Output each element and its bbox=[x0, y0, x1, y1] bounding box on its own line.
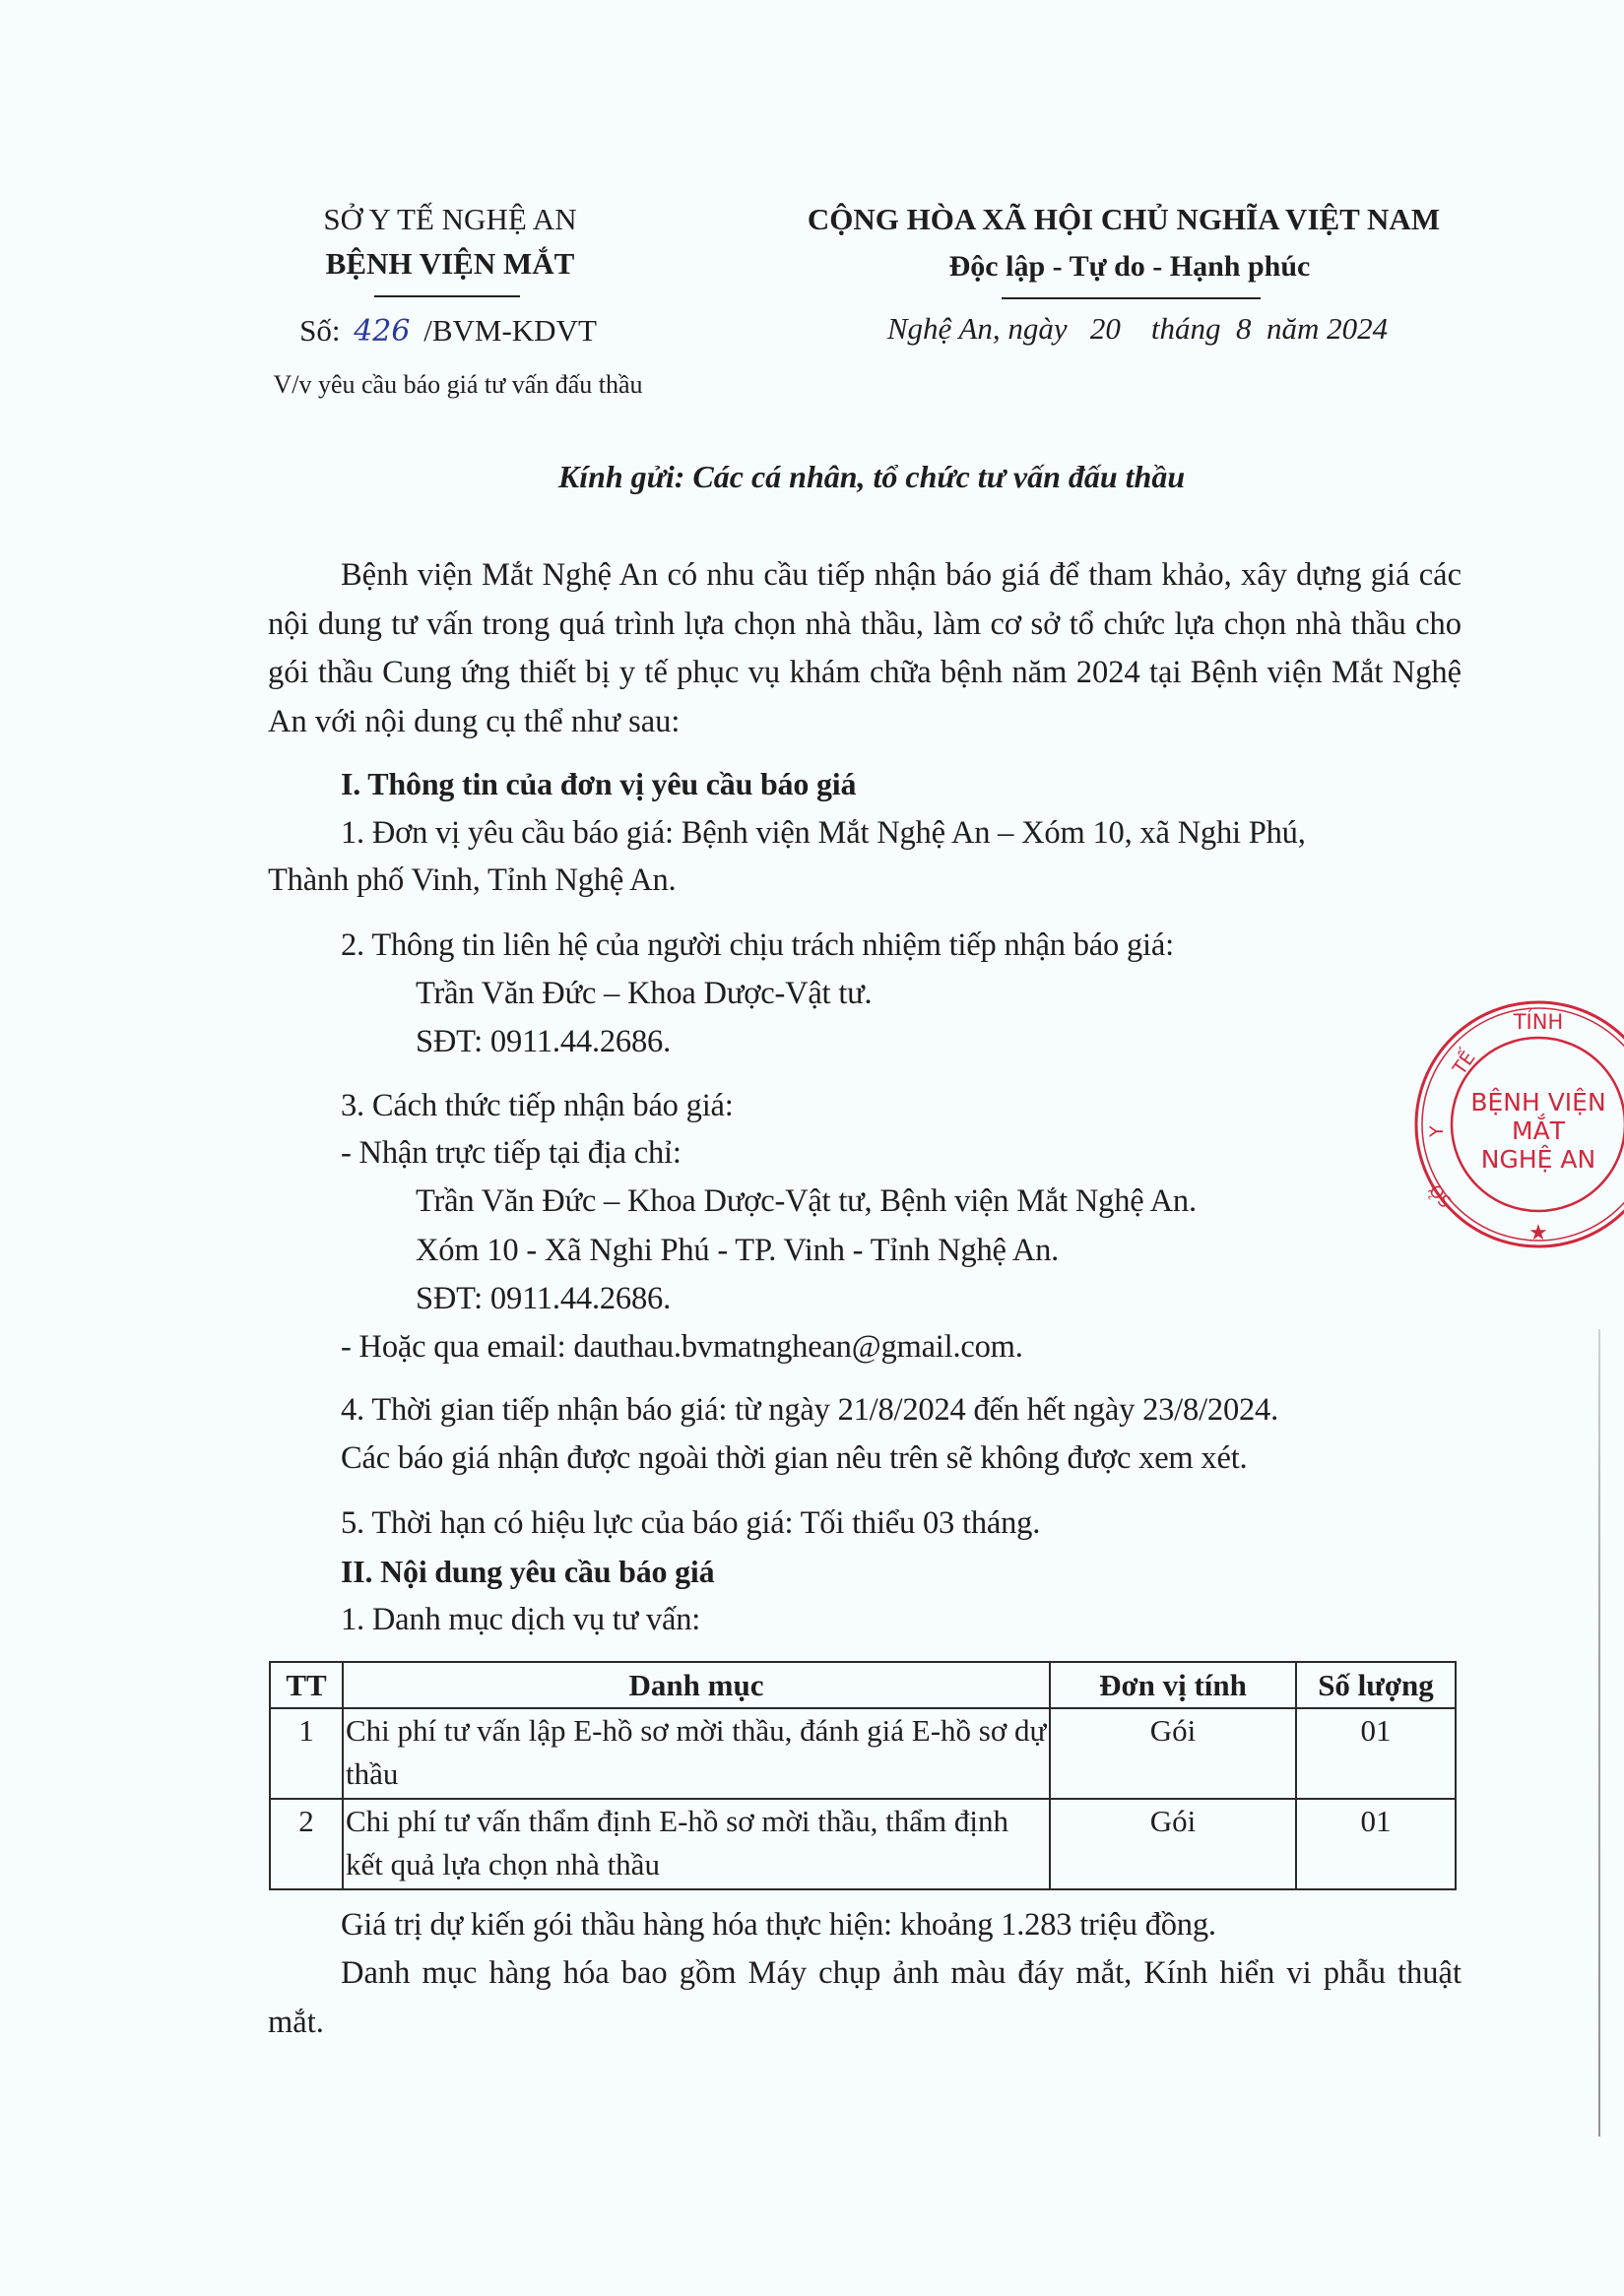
section-1-item-3-direct: - Nhận trực tiếp tại địa chỉ: bbox=[341, 1133, 682, 1173]
official-stamp: TỈNH TẾ Y SỞ BỆNH VIỆN MẮT NGHỆ AN ★ bbox=[1413, 999, 1624, 1255]
section-1-item-4-line-2: Các báo giá nhận được ngoài thời gian nê… bbox=[341, 1438, 1247, 1478]
stamp-line-3: NGHỆ AN bbox=[1481, 1145, 1595, 1174]
table-row: 2 Chi phí tư vấn thẩm định E-hồ sơ mời t… bbox=[270, 1799, 1456, 1889]
section-1-item-1-line-2: Thành phố Vinh, Tỉnh Nghệ An. bbox=[268, 861, 676, 900]
country-name: CỘNG HÒA XÃ HỘI CHỦ NGHĨA VIỆT NAM bbox=[808, 202, 1440, 237]
scan-artifact-line bbox=[1598, 1329, 1600, 2137]
goods-list-text: Danh mục hàng hóa bao gồm Máy chụp ảnh m… bbox=[268, 1955, 1462, 2040]
section-1-item-3-heading: 3. Cách thức tiếp nhận báo giá: bbox=[341, 1086, 734, 1125]
stamp-top-text: TỈNH bbox=[1513, 1008, 1564, 1034]
goods-list: Danh mục hàng hóa bao gồm Máy chụp ảnh m… bbox=[268, 1949, 1462, 2047]
document-subject: V/v yêu cầu báo giá tư vấn đấu thầu bbox=[273, 370, 642, 400]
header-so-luong: Số lượng bbox=[1296, 1662, 1456, 1708]
stamp-line-2: MẮT bbox=[1512, 1114, 1566, 1145]
doc-number-prefix: Số: bbox=[299, 313, 340, 348]
intro-text: Bệnh viện Mắt Nghệ An có nhu cầu tiếp nh… bbox=[268, 557, 1462, 739]
header-don-vi-tinh: Đơn vị tính bbox=[1050, 1662, 1296, 1708]
section-1-heading: I. Thông tin của đơn vị yêu cầu báo giá bbox=[341, 764, 856, 803]
row-qty: 01 bbox=[1296, 1708, 1456, 1799]
organization-name: BỆNH VIỆN MẮT bbox=[326, 246, 575, 282]
stamp-line-1: BỆNH VIỆN bbox=[1470, 1088, 1605, 1116]
star-icon: ★ bbox=[1528, 1221, 1548, 1245]
section-1-item-5: 5. Thời hạn có hiệu lực của báo giá: Tối… bbox=[341, 1503, 1040, 1543]
section-2-item-1: 1. Danh mục dịch vụ tư vấn: bbox=[341, 1600, 700, 1639]
motto-underline bbox=[1002, 297, 1261, 299]
section-2-heading: II. Nội dung yêu cầu báo giá bbox=[341, 1552, 714, 1591]
org-underline bbox=[374, 295, 520, 297]
section-1-item-4-line-1: 4. Thời gian tiếp nhận báo giá: từ ngày … bbox=[341, 1390, 1278, 1430]
section-1-item-3-contact: Trần Văn Đức – Khoa Dược-Vật tư, Bệnh vi… bbox=[416, 1181, 1197, 1221]
estimated-value: Giá trị dự kiến gói thầu hàng hóa thực h… bbox=[341, 1905, 1216, 1945]
section-1-item-2-contact: Trần Văn Đức – Khoa Dược-Vật tư. bbox=[416, 974, 873, 1013]
stamp-so-text: SỞ bbox=[1422, 1179, 1457, 1213]
date-line: Nghệ An, ngày 20 tháng 8 năm 2024 bbox=[887, 311, 1388, 347]
table-row: 1 Chi phí tư vấn lập E-hồ sơ mời thầu, đ… bbox=[270, 1708, 1456, 1799]
row-name: Chi phí tư vấn thẩm định E-hồ sơ mời thầ… bbox=[343, 1799, 1050, 1889]
national-motto: Độc lập - Tự do - Hạnh phúc bbox=[949, 249, 1311, 285]
section-1-item-3-address: Xóm 10 - Xã Nghi Phú - TP. Vinh - Tỉnh N… bbox=[416, 1231, 1059, 1270]
document-number: Số: 426 /BVM-KDVT bbox=[299, 313, 597, 350]
section-1-item-3-phone: SĐT: 0911.44.2686. bbox=[416, 1279, 671, 1318]
header-danh-muc: Danh mục bbox=[343, 1662, 1050, 1708]
row-unit: Gói bbox=[1050, 1708, 1296, 1799]
row-unit: Gói bbox=[1050, 1799, 1296, 1889]
row-name: Chi phí tư vấn lập E-hồ sơ mời thầu, đán… bbox=[343, 1708, 1050, 1799]
section-1-item-1-line-1: 1. Đơn vị yêu cầu báo giá: Bệnh viện Mắt… bbox=[341, 813, 1306, 853]
section-1-item-2-phone: SĐT: 0911.44.2686. bbox=[416, 1022, 671, 1061]
doc-number-handwritten: 426 bbox=[354, 314, 410, 349]
row-tt: 2 bbox=[270, 1799, 343, 1889]
recipient-line: Kính gửi: Các cá nhân, tổ chức tư vấn đấ… bbox=[558, 459, 1185, 495]
department-name: SỞ Y TẾ NGHỆ AN bbox=[323, 202, 576, 237]
table-header-row: TT Danh mục Đơn vị tính Số lượng bbox=[270, 1662, 1456, 1708]
services-table: TT Danh mục Đơn vị tính Số lượng 1 Chi p… bbox=[269, 1661, 1457, 1890]
header-tt: TT bbox=[270, 1662, 343, 1708]
section-1-item-2-heading: 2. Thông tin liên hệ của người chịu trác… bbox=[341, 925, 1174, 965]
stamp-te-text: TẾ bbox=[1446, 1045, 1480, 1079]
stamp-y-text: Y bbox=[1426, 1125, 1448, 1138]
row-tt: 1 bbox=[270, 1708, 343, 1799]
row-qty: 01 bbox=[1296, 1799, 1456, 1889]
section-1-item-3-email: - Hoặc qua email: dauthau.bvmatnghean@gm… bbox=[341, 1327, 1023, 1367]
intro-paragraph: Bệnh viện Mắt Nghệ An có nhu cầu tiếp nh… bbox=[268, 551, 1462, 746]
doc-number-suffix: /BVM-KDVT bbox=[423, 313, 597, 348]
